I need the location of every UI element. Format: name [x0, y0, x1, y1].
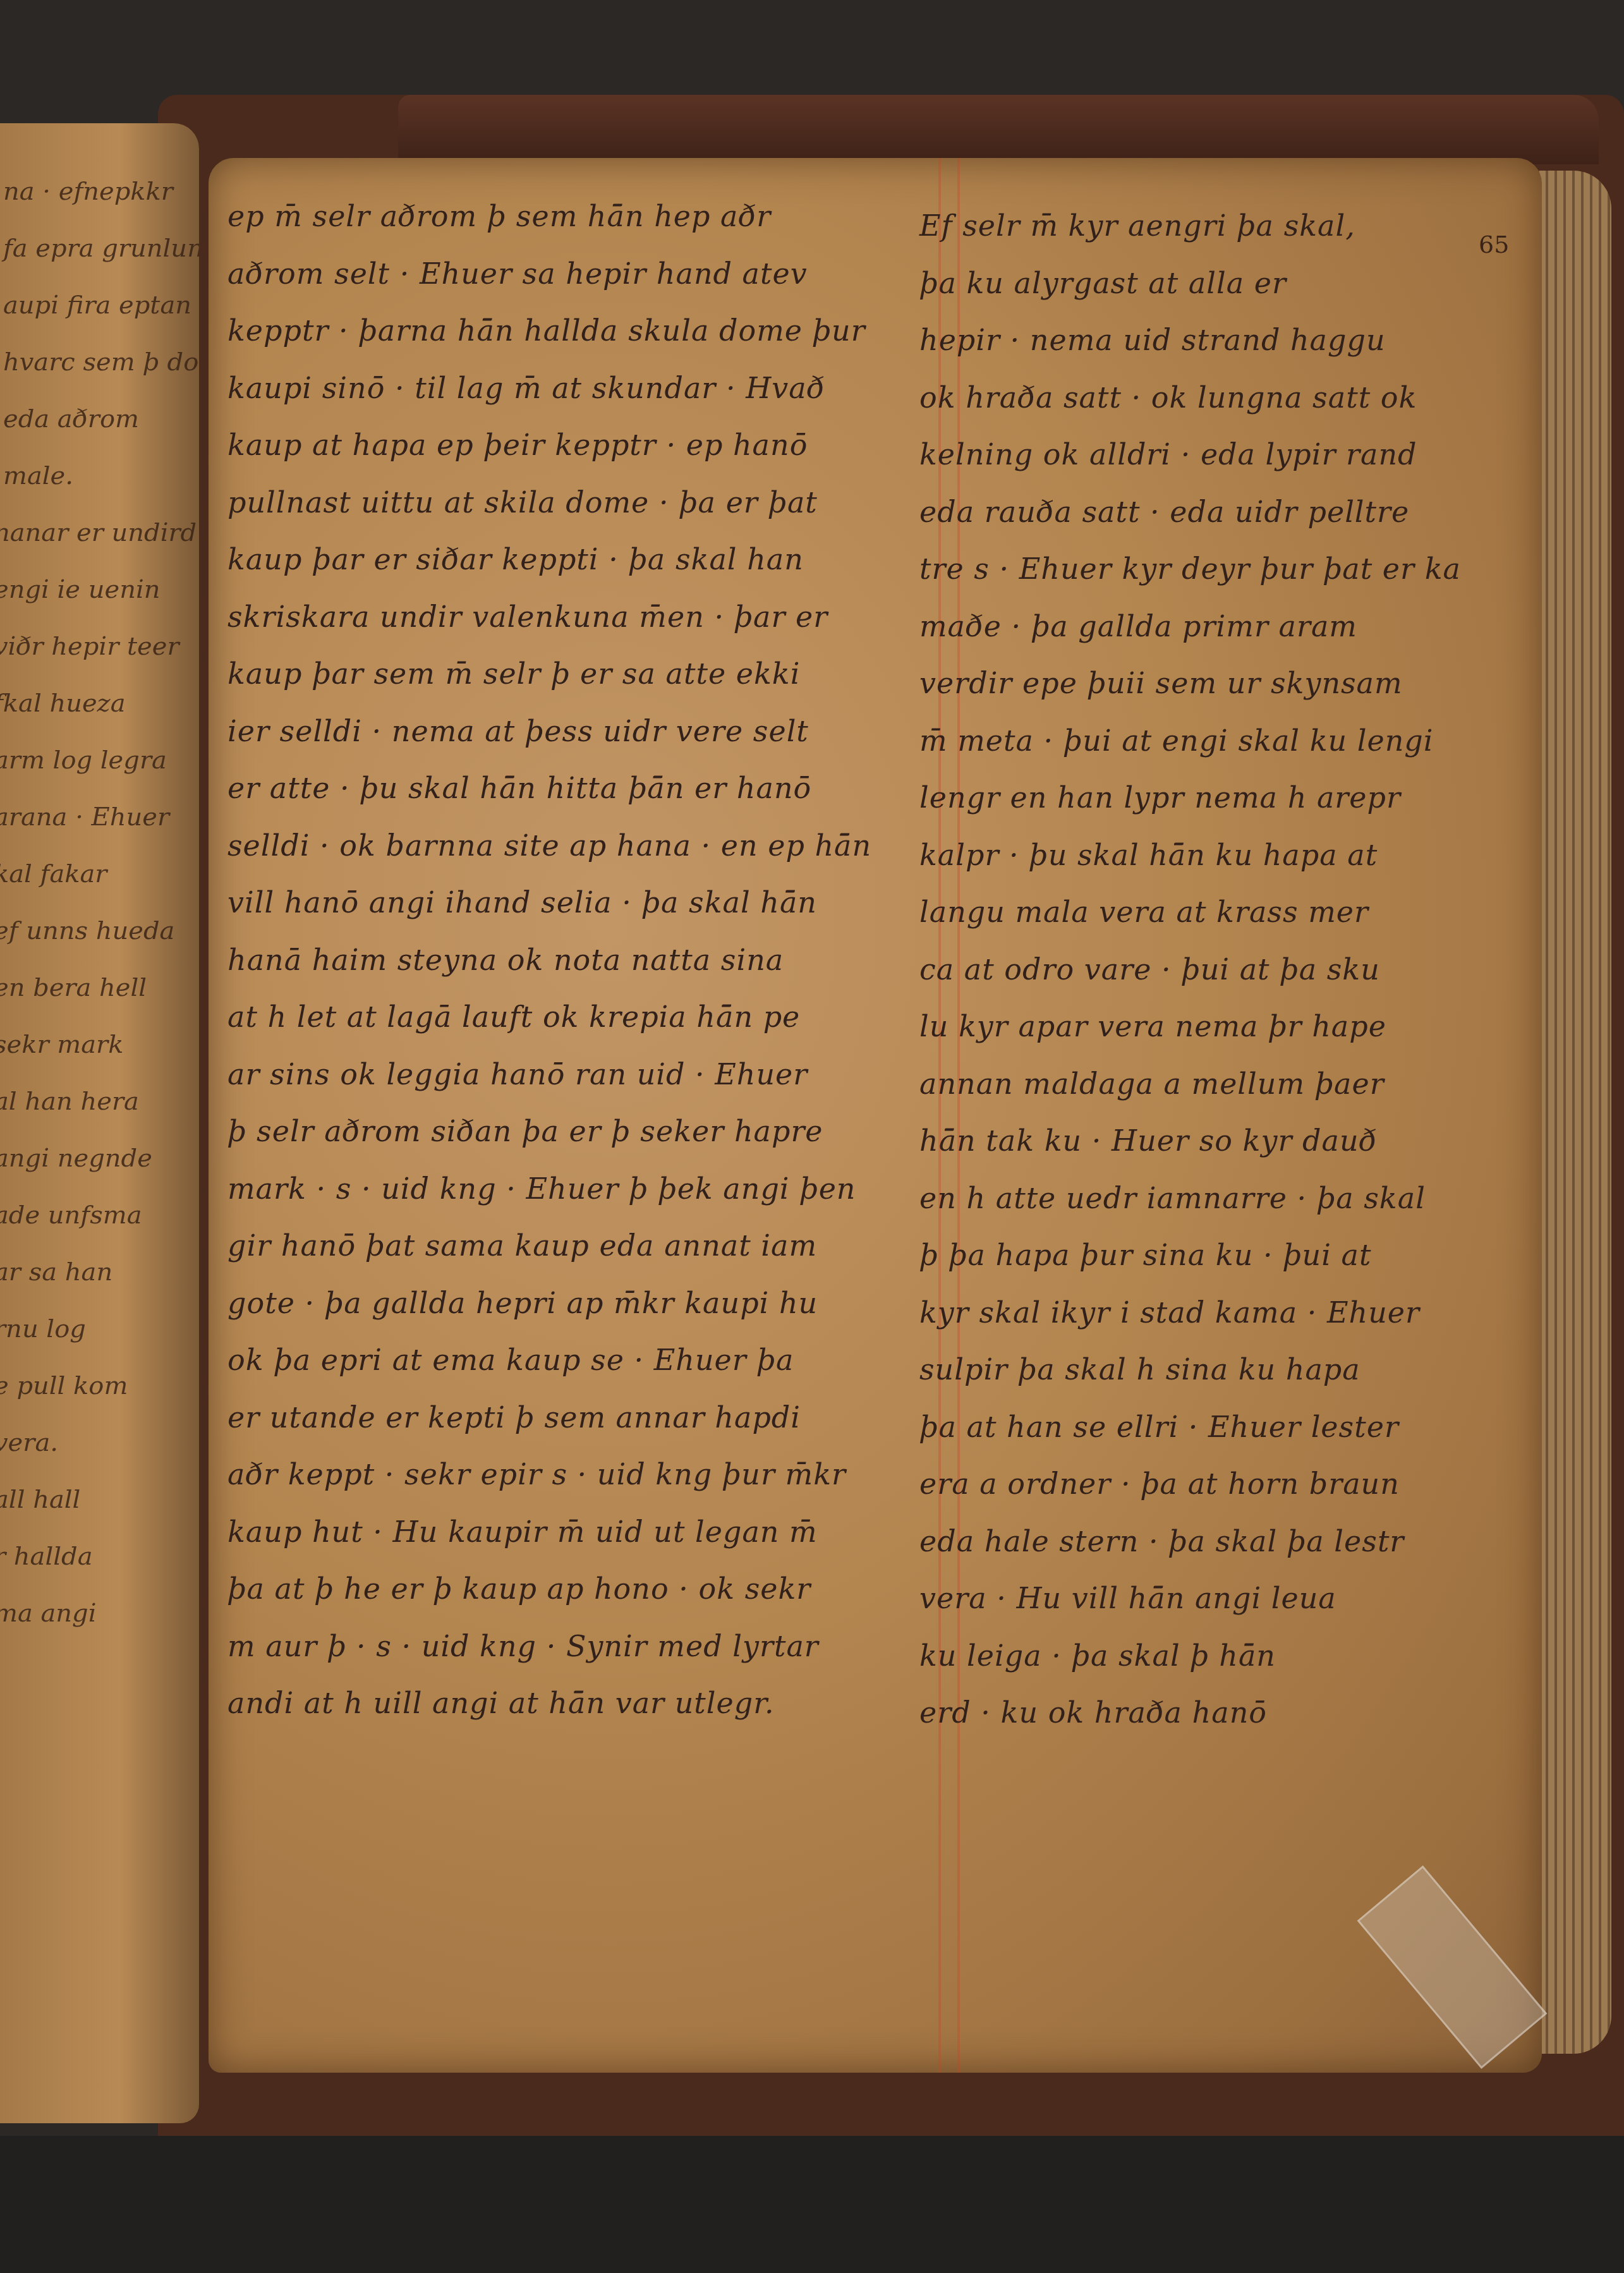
left-page-text-line: ma angi [0, 1599, 97, 1628]
text-line: ar sins ok leggia hanō ran uid · Ehuer [227, 1057, 808, 1091]
text-line: era a ordner · þa at horn braun [919, 1467, 1400, 1501]
binding-top-edge [398, 95, 1599, 164]
text-line: eda hale stern · þa skal þa lestr [919, 1524, 1404, 1558]
text-line: langu mala vera at krass mer [919, 895, 1369, 929]
left-page-text-line: al han hera [0, 1087, 139, 1116]
left-page-text-line: ade unfsma [0, 1201, 142, 1230]
left-page-text-line: all hall [0, 1485, 80, 1514]
text-line: hanā haim steyna ok nota natta sina [227, 943, 784, 977]
text-line: kyr skal ikyr i stad kama · Ehuer [919, 1295, 1420, 1330]
left-page-text-line: rnu log [0, 1314, 86, 1343]
text-line: kepptr · þarna hā̄n hallda skula dome þu… [227, 313, 866, 348]
text-line: sulpir þa skal h sina ku hapa [919, 1352, 1360, 1386]
manuscript-folio: 65 ep m̄ selr aðrom þ sem hā̄n hep aðrað… [209, 158, 1542, 2073]
text-line: kaup at hapa ep þeir kepptr · ep hanō [227, 428, 808, 462]
text-line: andi at h uill angi at hā̄n var utlegr. [227, 1686, 775, 1720]
text-line: er utande er kepti þ sem annar hapdi [227, 1400, 801, 1434]
left-page-text-line: kal fakar [0, 859, 107, 888]
text-line: ok hraða satt · ok lungna satt ok [919, 380, 1417, 415]
left-page-text-line: vera. [0, 1428, 58, 1457]
left-page-text-line: nanar er undird [0, 518, 197, 547]
left-page-text-line: na · efnepkkr [3, 177, 173, 206]
text-line: kelning ok alldri · eda lypir rand [919, 437, 1417, 471]
text-line: gote · þa gallda hepri ap m̄kr kaupi hu [227, 1286, 818, 1320]
text-line: aðr keppt · sekr epir s · uid kng þur m̄… [227, 1457, 846, 1491]
text-line: Ef selr m̄ kyr aengri þa skal, [919, 209, 1355, 243]
left-page: na · efnepkkrfa epra grunlun ataupi fira… [0, 123, 199, 2123]
text-line: tre s · Ehuer kyr deyr þur þat er ka [919, 552, 1461, 586]
text-line: þa at þ he er þ kaup ap hono · ok sekr [227, 1572, 811, 1606]
left-page-text-line: ar sa han [0, 1258, 112, 1287]
text-line: kaup hut · Hu kaupir m̄ uid ut legan m̄ [227, 1515, 818, 1549]
left-page-text-line: eda aðrom [3, 404, 139, 433]
text-line: verdir epe þuii sem ur skynsam [919, 666, 1403, 700]
text-line: en h atte uedr iamnarre · þa skal [919, 1181, 1426, 1215]
text-line: annan maldaga a mellum þaer [919, 1067, 1385, 1101]
text-line: ok þa epri at ema kaup se · Ehuer þa [227, 1343, 794, 1377]
text-line: hā̄n tak ku · Huer so kyr dauð [919, 1124, 1377, 1158]
text-line: mark · s · uid kng · Ehuer þ þek angi þe… [227, 1172, 856, 1206]
text-line: maðe · þa gallda primr aram [919, 609, 1357, 643]
text-line: þa ku alyrgast at alla er [919, 266, 1287, 300]
left-page-text-line: male. [3, 461, 73, 490]
text-line: kaup þar sem m̄ selr þ er sa atte ekki [227, 657, 800, 691]
text-line: þ selr aðrom siðan þa er þ seker hapre [227, 1114, 823, 1148]
left-page-text-line: e pull kom [0, 1371, 128, 1400]
text-line: skriskara undir valenkuna m̄en · þar er [227, 600, 828, 634]
left-page-text-line: en bera hell [0, 973, 147, 1002]
text-line: ca at odro vare · þui at þa sku [919, 952, 1380, 986]
text-line: selldi · ok barnna site ap hana · en ep … [227, 828, 871, 863]
left-page-text-line: ef unns hueda [0, 916, 174, 945]
folio-number: 65 [1479, 231, 1509, 258]
left-page-text-line: aupi fira eptan [3, 291, 191, 320]
background-bottom [0, 2136, 1624, 2273]
left-page-text-line: sekr mark [0, 1030, 123, 1059]
left-page-text-line: hvarc sem þ domi [3, 348, 199, 377]
text-line: vill hanō angi ihand selia · þa skal hā̄… [227, 885, 817, 919]
text-line: m aur þ · s · uid kng · Synir med lyrtar [227, 1629, 819, 1663]
text-line: ku leiga · þa skal þ hā̄n [919, 1639, 1276, 1673]
text-line: vera · Hu vill hā̄n angi leua [919, 1581, 1336, 1615]
left-page-text-line: arm log legra [0, 746, 167, 775]
left-page-text-line: engi ie uenin [0, 575, 160, 604]
text-line: kaupi sinō · til lag m̄ at skundar · Hva… [227, 371, 825, 405]
text-line: gir hanō þat sama kaup eda annat iam [227, 1228, 817, 1263]
text-line: þa at han se ellri · Ehuer lester [919, 1410, 1399, 1444]
left-page-text-line: r hallda [0, 1542, 92, 1571]
text-line: þ þa hapa þur sina ku · þui at [919, 1238, 1371, 1272]
text-line: kaup þar er siðar keppti · þa skal han [227, 542, 804, 576]
text-line: ier selldi · nema at þess uidr vere selt [227, 714, 809, 748]
text-line: eda rauða satt · eda uidr pelltre [919, 495, 1409, 529]
left-page-text-line: fa epra grunlun at [3, 234, 199, 263]
text-line: m̄ meta · þui at engi skal ku lengi [919, 724, 1434, 758]
text-line: ep m̄ selr aðrom þ sem hā̄n hep aðr [227, 199, 771, 233]
left-page-text-line: arana · Ehuer [0, 803, 169, 832]
left-page-text-line: angi negnde [0, 1144, 152, 1173]
text-line: er atte · þu skal hā̄n hitta þā̄n er han… [227, 771, 811, 805]
text-line: erd · ku ok hraða hanō [919, 1695, 1267, 1730]
left-page-text-line: fkal hueza [0, 689, 126, 718]
text-line: at h let at lagā lauft ok krepia hā̄n pe [227, 1000, 800, 1034]
text-line: lu kyr apar vera nema þr hape [919, 1009, 1386, 1043]
text-line: lengr en han lypr nema h arepr [919, 780, 1401, 815]
text-line: pullnast uittu at skila dome · þa er þat [227, 485, 818, 519]
text-line: hepir · nema uid strand haggu [919, 323, 1386, 357]
left-page-text-line: viðr hepir teer [0, 632, 179, 661]
text-line: kalpr · þu skal hā̄n ku hapa at [919, 838, 1378, 872]
text-line: aðrom selt · Ehuer sa hepir hand atev [227, 257, 808, 291]
